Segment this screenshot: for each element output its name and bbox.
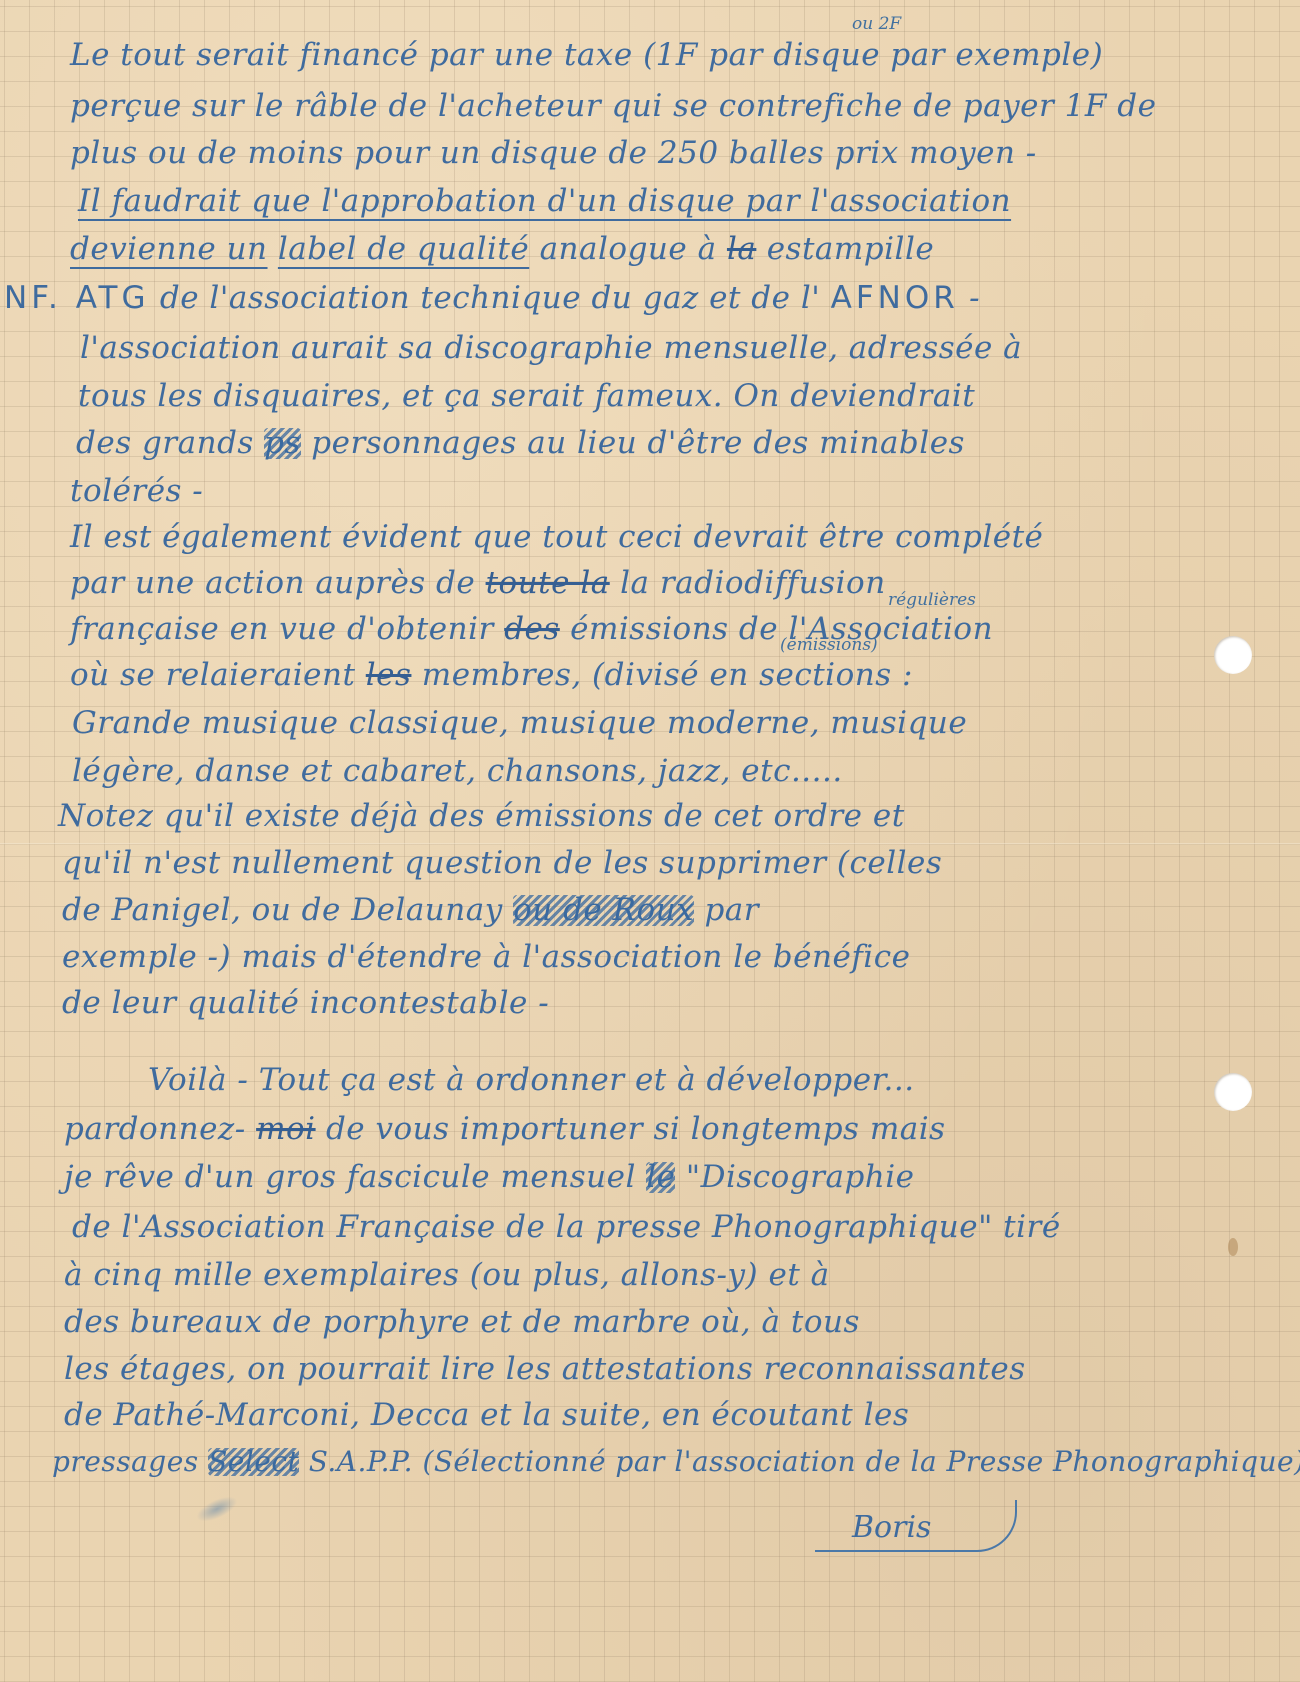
letter-line-21: de leur qualité incontestable - <box>62 988 549 1019</box>
letter-line-26: à cinq mille exemplaires (ou plus, allon… <box>64 1260 830 1291</box>
text-fragment: pressages <box>52 1445 208 1478</box>
letter-line-17: Notez qu'il existe déjà des émissions de… <box>58 801 905 832</box>
letter-line-14: où se relaieraient les membres, (divisé … <box>70 660 913 691</box>
letter-line-1: Le tout serait financé par une taxe (1F … <box>70 40 1103 71</box>
underlined-phrase: devienne un <box>70 231 268 267</box>
punch-hole <box>1214 636 1252 674</box>
letter-line-11: Il est également évident que tout ceci d… <box>70 522 1043 553</box>
letter-line-18: qu'il n'est nullement question de les su… <box>62 848 942 879</box>
letter-line-7: l'association aurait sa discographie men… <box>80 333 1022 364</box>
text-fragment: où se relaieraient <box>70 657 366 693</box>
letter-line-9: des grands ps personnages au lieu d'être… <box>76 428 965 459</box>
text-fragment: membres, (divisé en sections : <box>422 657 913 693</box>
acronym: AFNOR <box>831 280 959 316</box>
letter-line-16: légère, danse et cabaret, chansons, jazz… <box>72 756 843 787</box>
struck-word: les <box>366 657 412 693</box>
letter-line-19: de Panigel, ou de Delaunay ou de Roux pa… <box>62 895 759 926</box>
letter-line-10: tolérés - <box>70 476 203 507</box>
text-fragment: par <box>704 892 759 928</box>
crossed-out-scribble: ps <box>264 428 301 459</box>
letter-line-4: Il faudrait que l'approbation d'un disqu… <box>78 186 1011 217</box>
text-fragment: française en vue d'obtenir <box>70 611 504 647</box>
acronym: NF. ATG <box>4 280 150 316</box>
letter-line-29: de Pathé-Marconi, Decca et la suite, en … <box>64 1400 909 1431</box>
letter-line-22: Voilà - Tout ça est à ordonner et à déve… <box>148 1065 915 1096</box>
text-fragment: pardonnez- <box>64 1111 246 1147</box>
crossed-out-scribble: le <box>646 1162 675 1193</box>
punch-hole <box>1214 1073 1252 1111</box>
text-fragment: personnages au lieu d'être des minables <box>311 425 965 461</box>
paper-stain <box>1228 1238 1238 1256</box>
text-fragment: par une action auprès de <box>70 565 486 601</box>
text-fragment: "Discographie <box>686 1159 915 1195</box>
text-fragment: de l'association technique du gaz et de … <box>160 280 820 316</box>
interlinear-insert: régulières <box>888 590 976 610</box>
text-fragment: estampille <box>767 231 935 267</box>
letter-line-25: de l'Association Française de la presse … <box>72 1212 1061 1243</box>
letter-line-8: tous les disquaires, et ça serait fameux… <box>78 381 975 412</box>
letter-line-6: NF. ATG de l'association technique du ga… <box>4 283 980 314</box>
letter-line-2: perçue sur le râble de l'acheteur qui se… <box>70 91 1156 122</box>
crossed-out-scribble: ou de Roux <box>513 895 694 926</box>
letter-line-12: par une action auprès de toute la la rad… <box>70 568 886 599</box>
crossed-out-scribble: Select <box>208 1448 299 1476</box>
text-fragment: analogue à <box>540 231 727 267</box>
letter-line-15: Grande musique classique, musique modern… <box>72 708 967 739</box>
text-fragment: des grands <box>76 425 264 461</box>
struck-words: toute la <box>486 565 610 601</box>
interlinear-insert: ou 2F <box>852 14 901 34</box>
letter-line-30: pressages Select S.A.P.P. (Sélectionné p… <box>52 1448 1300 1476</box>
text-fragment: la radiodiffusion <box>620 565 886 601</box>
struck-word: des <box>504 611 560 647</box>
text-fragment: - <box>969 280 980 316</box>
struck-word: la <box>727 231 756 267</box>
text-fragment: S.A.P.P. (Sélectionné par l'association … <box>309 1445 1300 1478</box>
underlined-phrase: label de qualité <box>278 231 529 267</box>
letter-line-24: je rêve d'un gros fascicule mensuel le "… <box>64 1162 915 1193</box>
ink-blot <box>193 1492 240 1527</box>
letter-line-28: les étages, on pourrait lire les attesta… <box>64 1354 1026 1385</box>
text-fragment: de Panigel, ou de Delaunay <box>62 892 513 928</box>
letter-line-3: plus ou de moins pour un disque de 250 b… <box>70 138 1037 169</box>
letter-line-5: devienne un label de qualité analogue à … <box>70 234 934 265</box>
letter-line-20: exemple -) mais d'étendre à l'associatio… <box>62 942 910 973</box>
struck-word: moi <box>256 1111 315 1147</box>
text-fragment: de vous importuner si longtemps mais <box>326 1111 946 1147</box>
letter-page: ou 2F Le tout serait financé par une tax… <box>0 0 1300 1682</box>
letter-line-23: pardonnez- moi de vous importuner si lon… <box>64 1114 946 1145</box>
text-fragment: je rêve d'un gros fascicule mensuel <box>64 1159 636 1195</box>
letter-line-27: des bureaux de porphyre et de marbre où,… <box>64 1307 860 1338</box>
signature-flourish <box>815 1500 1017 1552</box>
interlinear-insert: (émissions) <box>780 635 878 655</box>
